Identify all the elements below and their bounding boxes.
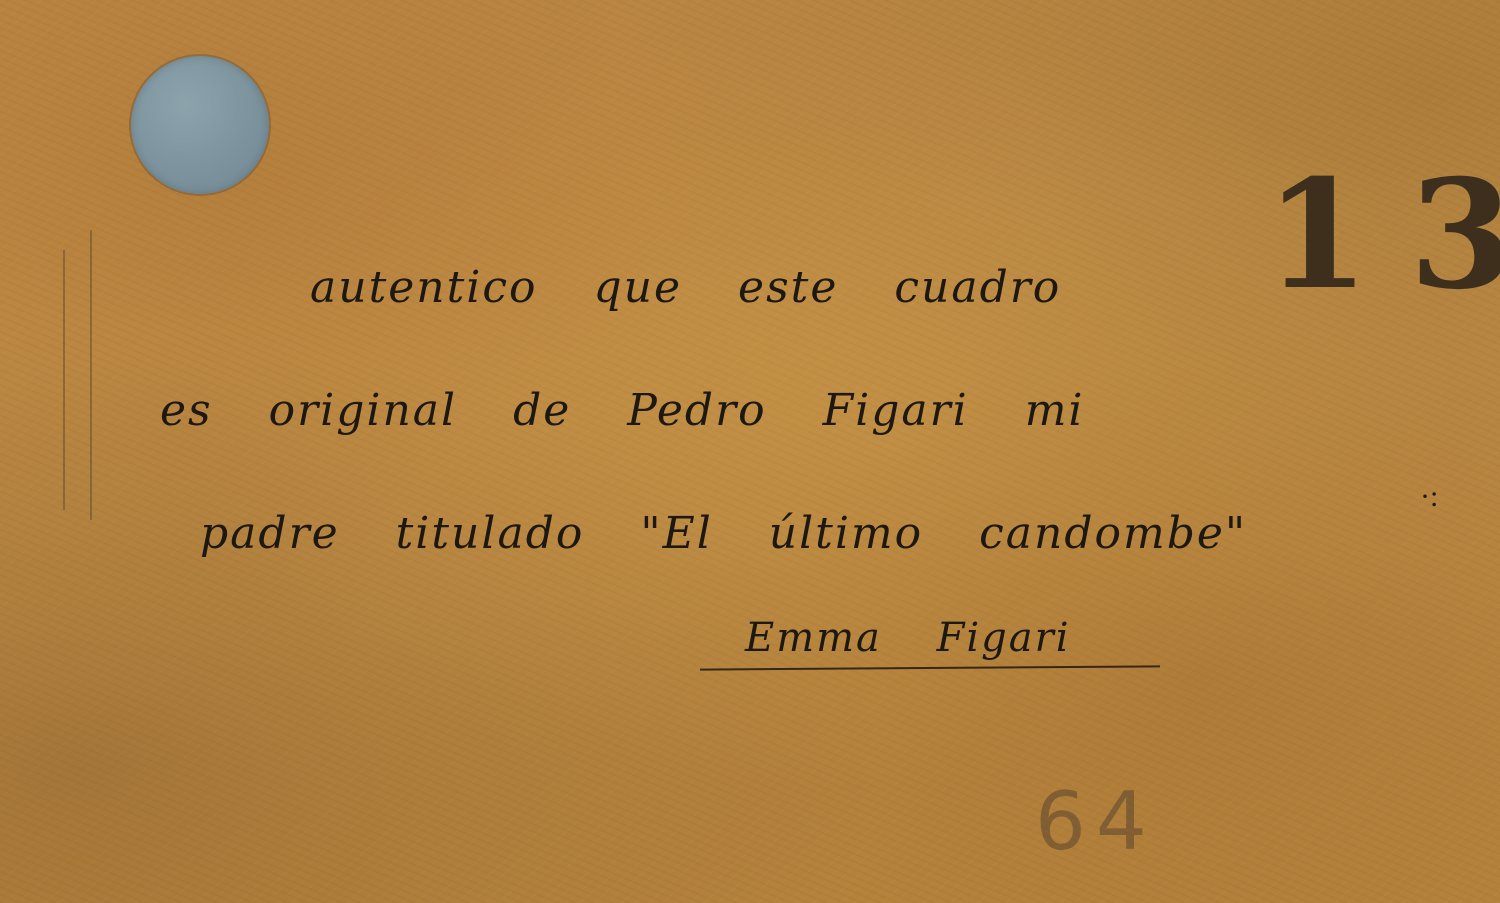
pencil-line xyxy=(63,250,65,510)
signature: Emma Figari xyxy=(745,615,1071,661)
handwritten-line-2: es original de Pedro Figari mi xyxy=(160,385,1085,436)
ink-spots: ·: xyxy=(1420,480,1438,514)
pencil-number: 64 xyxy=(1035,775,1157,868)
pencil-line xyxy=(90,230,92,520)
stamped-number: 13 xyxy=(1265,160,1500,310)
handwritten-line-3: padre titulado "El último candombe" xyxy=(200,508,1247,559)
handwritten-line-1: autentico que este cuadro xyxy=(310,262,1061,313)
blue-round-sticker xyxy=(131,56,269,194)
